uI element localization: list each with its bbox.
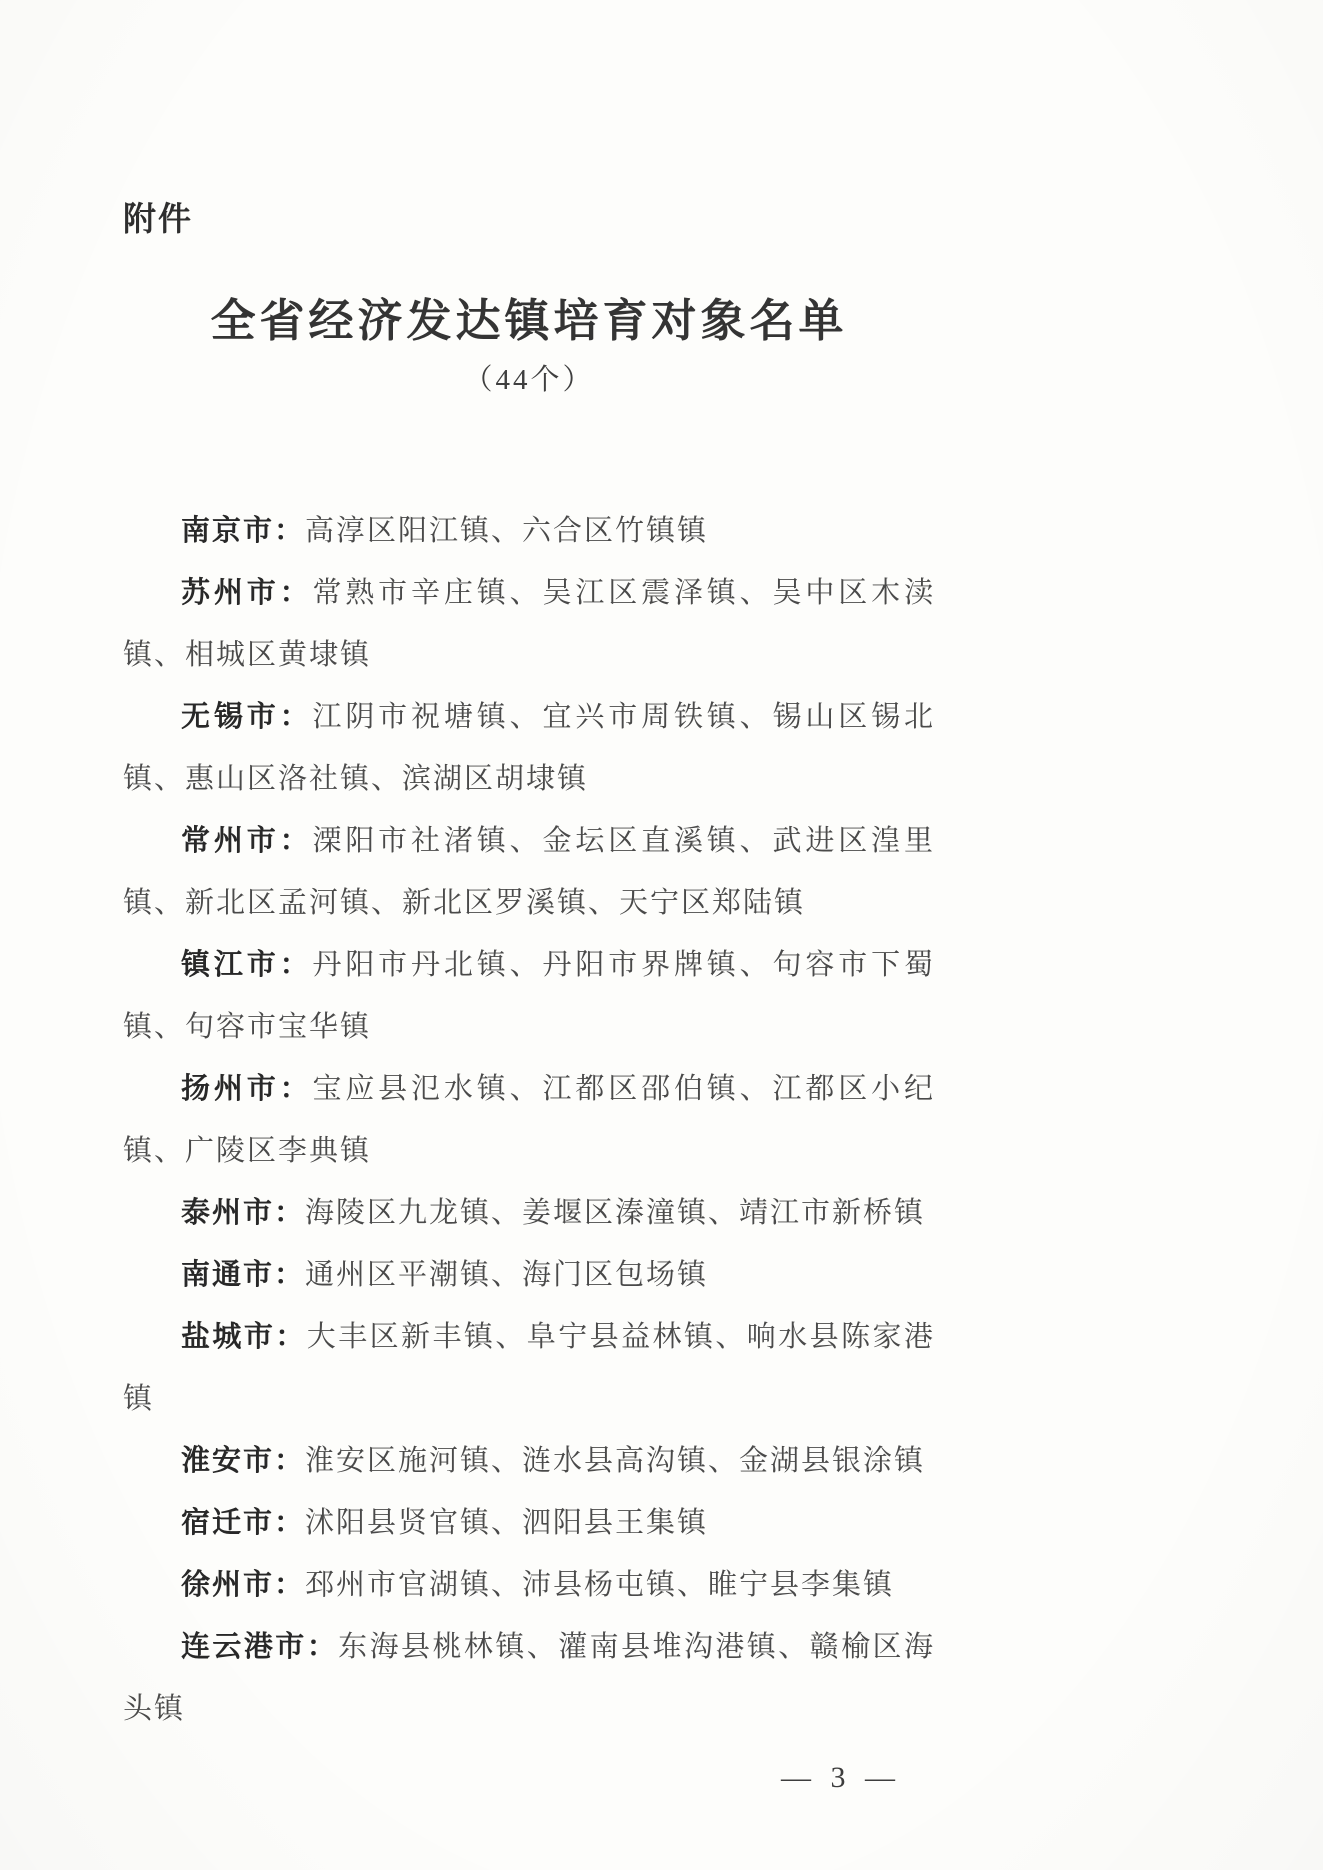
city-label: 宿迁市： <box>181 1507 305 1539</box>
city-label: 镇江市： <box>181 949 312 981</box>
list-entry: 南通市：通州区平潮镇、海门区包场镇 <box>123 1244 935 1306</box>
list-entry: 徐州市：邳州市官湖镇、沛县杨屯镇、睢宁县李集镇 <box>123 1554 935 1616</box>
towns-text: 通州区平潮镇、海门区包场镇 <box>305 1259 708 1291</box>
city-label: 连云港市： <box>181 1631 338 1663</box>
city-label: 无锡市： <box>181 701 312 733</box>
page-number: — 3 — <box>123 1756 935 1800</box>
city-label: 徐州市： <box>181 1569 305 1601</box>
town-list: 南京市：高淳区阳江镇、六合区竹镇镇 苏州市：常熟市辛庄镇、吴江区震泽镇、吴中区木… <box>123 500 935 1740</box>
city-label: 淮安市： <box>181 1445 305 1477</box>
list-entry: 连云港市：东海县桃林镇、灌南县堆沟港镇、赣榆区海头镇 <box>123 1616 935 1740</box>
towns-text: 邳州市官湖镇、沛县杨屯镇、睢宁县李集镇 <box>305 1569 894 1601</box>
towns-text: 沭阳县贤官镇、泗阳县王集镇 <box>305 1507 708 1539</box>
city-label: 南京市： <box>181 515 305 547</box>
list-entry: 常州市：溧阳市社渚镇、金坛区直溪镇、武进区湟里镇、新北区孟河镇、新北区罗溪镇、天… <box>123 810 935 934</box>
attachment-label: 附件 <box>123 198 935 240</box>
list-entry: 宿迁市：沭阳县贤官镇、泗阳县王集镇 <box>123 1492 935 1554</box>
document-subtitle: （44个） <box>123 360 935 400</box>
towns-text: 淮安区施河镇、涟水县高沟镇、金湖县银涂镇 <box>305 1445 925 1477</box>
list-entry: 盐城市：大丰区新丰镇、阜宁县益林镇、响水县陈家港镇 <box>123 1306 935 1430</box>
list-entry: 南京市：高淳区阳江镇、六合区竹镇镇 <box>123 500 935 562</box>
list-entry: 泰州市：海陵区九龙镇、姜堰区溱潼镇、靖江市新桥镇 <box>123 1182 935 1244</box>
list-entry: 无锡市：江阴市祝塘镇、宜兴市周铁镇、锡山区锡北镇、惠山区洛社镇、滨湖区胡埭镇 <box>123 686 935 810</box>
document-content: 附件 全省经济发达镇培育对象名单 （44个） 南京市：高淳区阳江镇、六合区竹镇镇… <box>0 0 935 1800</box>
city-label: 扬州市： <box>181 1073 312 1105</box>
towns-text: 高淳区阳江镇、六合区竹镇镇 <box>305 515 708 547</box>
list-entry: 淮安市：淮安区施河镇、涟水县高沟镇、金湖县银涂镇 <box>123 1430 935 1492</box>
city-label: 泰州市： <box>181 1197 305 1229</box>
document-page: 附件 全省经济发达镇培育对象名单 （44个） 南京市：高淳区阳江镇、六合区竹镇镇… <box>0 0 1323 1870</box>
list-entry: 镇江市：丹阳市丹北镇、丹阳市界牌镇、句容市下蜀镇、句容市宝华镇 <box>123 934 935 1058</box>
list-entry: 苏州市：常熟市辛庄镇、吴江区震泽镇、吴中区木渎镇、相城区黄埭镇 <box>123 562 935 686</box>
city-label: 苏州市： <box>181 577 312 609</box>
city-label: 南通市： <box>181 1259 305 1291</box>
towns-text: 海陵区九龙镇、姜堰区溱潼镇、靖江市新桥镇 <box>305 1197 925 1229</box>
city-label: 盐城市： <box>181 1321 307 1353</box>
list-entry: 扬州市：宝应县氾水镇、江都区邵伯镇、江都区小纪镇、广陵区李典镇 <box>123 1058 935 1182</box>
document-title: 全省经济发达镇培育对象名单 <box>123 294 935 348</box>
city-label: 常州市： <box>181 825 312 857</box>
